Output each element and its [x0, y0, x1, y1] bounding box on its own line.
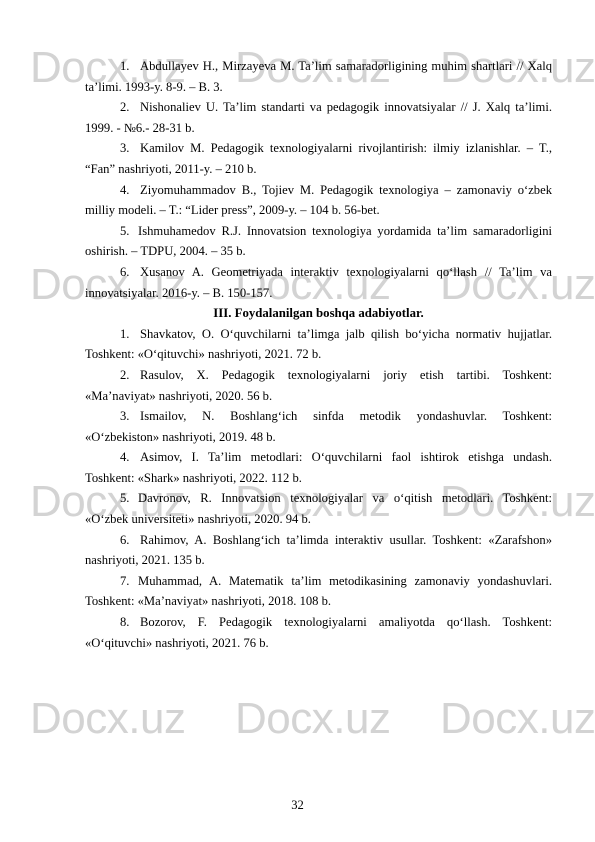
entry-text: Shavkatov, O. O‘quvchilarni ta’limga jal… — [85, 327, 552, 362]
watermark: Docx.uz — [30, 697, 185, 741]
reference-entry: 2.Nishonaliev U. Ta’lim standarti va ped… — [85, 97, 552, 138]
entry-text: Kamilov M. Pedagogik texnologiyalarni ri… — [85, 141, 552, 176]
entry-text: Asimov, I. Ta’lim metodlari: O‘quvchilar… — [85, 450, 552, 485]
entry-text: Abdullayev H., Mirzayeva M. Ta’lim samar… — [85, 59, 552, 94]
entry-number: 1. — [120, 56, 140, 77]
entry-number: 7. — [120, 571, 138, 592]
entry-number: 2. — [120, 365, 140, 386]
entry-number: 1. — [120, 324, 140, 345]
reference-list-other: 1.Shavkatov, O. O‘quvchilarni ta’limga j… — [85, 324, 552, 654]
entry-number: 4. — [120, 447, 140, 468]
entry-text: Rasulov, X. Pedagogik texnologiyalarni j… — [85, 368, 552, 403]
reference-entry: 5.Davronov, R. Innovatsion texnologiyala… — [85, 488, 552, 529]
entry-number: 3. — [120, 406, 140, 427]
page-number: 32 — [0, 798, 595, 813]
reference-entry: 4.Ziyomuhammadov B., Tojiev M. Pedagogik… — [85, 180, 552, 221]
reference-entry: 6.Rahimov, A. Boshlang‘ich ta’limda inte… — [85, 530, 552, 571]
entry-number: 5. — [120, 488, 138, 509]
entry-text: Ziyomuhammadov B., Tojiev M. Pedagogik t… — [85, 183, 552, 218]
entry-number: 5. — [120, 221, 138, 242]
entry-text: Nishonaliev U. Ta’lim standarti va pedag… — [85, 100, 552, 135]
reference-entry: 8.Bozorov, F. Pedagogik texnologiyalarni… — [85, 612, 552, 653]
entry-text: Ismailov, N. Boshlang‘ich sinfda metodik… — [85, 409, 552, 444]
entry-text: Davronov, R. Innovatsion texnologiyalar … — [85, 491, 552, 526]
entry-text: Muhammad, A. Matematik ta’lim metodikasi… — [85, 574, 552, 609]
entry-text: Ishmuhamedov R.J. Innovatsion texnologiy… — [85, 224, 552, 259]
watermark: Docx.uz — [440, 697, 595, 741]
reference-entry: 2.Rasulov, X. Pedagogik texnologiyalarni… — [85, 365, 552, 406]
reference-entry: 5.Ishmuhamedov R.J. Innovatsion texnolog… — [85, 221, 552, 262]
entry-number: 3. — [120, 138, 140, 159]
reference-entry: 1.Abdullayev H., Mirzayeva M. Ta’lim sam… — [85, 56, 552, 97]
reference-entry: 4.Asimov, I. Ta’lim metodlari: O‘quvchil… — [85, 447, 552, 488]
document-page: 1.Abdullayev H., Mirzayeva M. Ta’lim sam… — [85, 56, 552, 653]
reference-entry: 1.Shavkatov, O. O‘quvchilarni ta’limga j… — [85, 324, 552, 365]
entry-number: 8. — [120, 612, 140, 633]
reference-entry: 6.Xusanov A. Geometriyada interaktiv tex… — [85, 262, 552, 303]
reference-entry: 3.Kamilov M. Pedagogik texnologiyalarni … — [85, 138, 552, 179]
entry-number: 2. — [120, 97, 140, 118]
reference-entry: 3.Ismailov, N. Boshlang‘ich sinfda metod… — [85, 406, 552, 447]
entry-text: Bozorov, F. Pedagogik texnologiyalarni a… — [85, 615, 552, 650]
entry-text: Xusanov A. Geometriyada interaktiv texno… — [85, 265, 552, 300]
reference-list-primary: 1.Abdullayev H., Mirzayeva M. Ta’lim sam… — [85, 56, 552, 303]
entry-text: Rahimov, A. Boshlang‘ich ta’limda intera… — [85, 533, 552, 568]
entry-number: 4. — [120, 180, 140, 201]
entry-number: 6. — [120, 530, 140, 551]
section-heading: III. Foydalanilgan boshqa adabiyotlar. — [85, 303, 552, 324]
reference-entry: 7.Muhammad, A. Matematik ta’lim metodika… — [85, 571, 552, 612]
entry-number: 6. — [120, 262, 140, 283]
watermark: Docx.uz — [235, 697, 390, 741]
